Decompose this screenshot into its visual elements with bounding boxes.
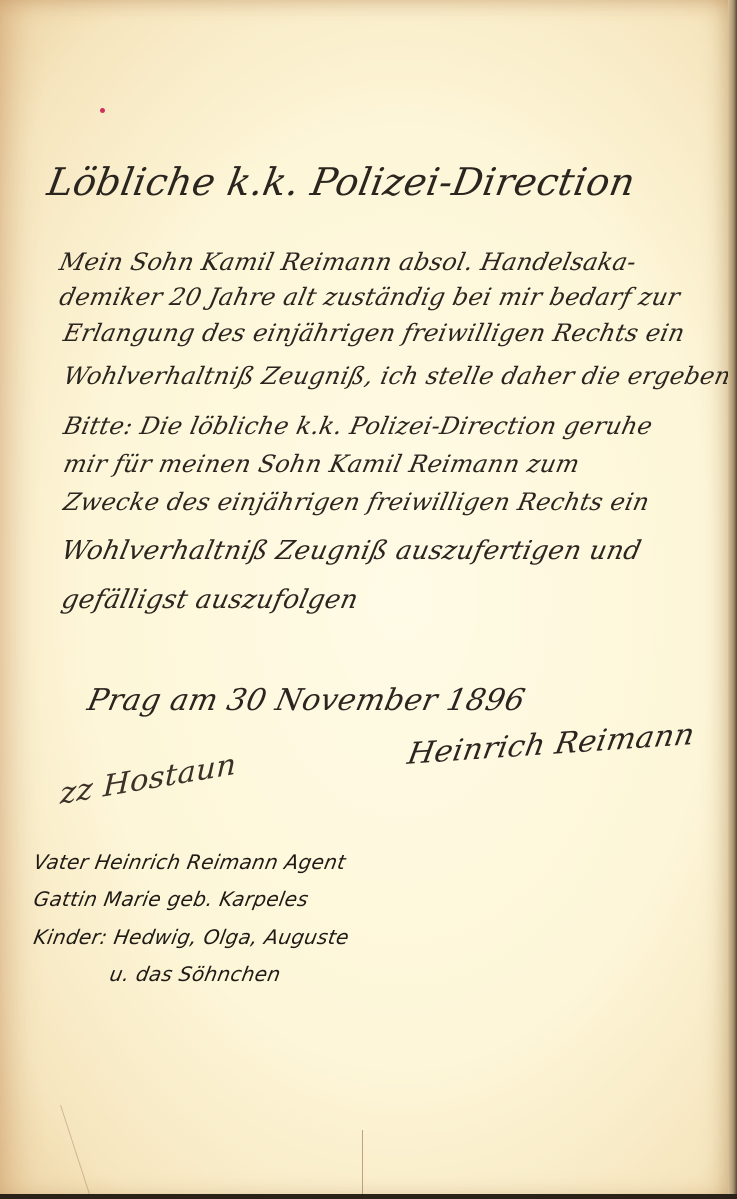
page-right-edge — [728, 0, 737, 1199]
signature: Heinrich Reimann — [405, 717, 698, 772]
red-ink-mark — [100, 108, 105, 113]
annotation-line-1: Vater Heinrich Reimann Agent — [32, 850, 348, 874]
place-and-date: Prag am 30 November 1896 — [84, 683, 528, 718]
annotation-line-3: Kinder: Hedwig, Olga, Auguste — [32, 925, 351, 949]
body-line-8: Wohlverhaltniß Zeugniß auszufertigen und — [59, 536, 644, 566]
official-note: zz Hostaun — [60, 747, 237, 811]
body-line-1: Mein Sohn Kamil Reimann absol. Handelsak… — [57, 248, 639, 276]
body-line-7: Zwecke des einjährigen freiwilligen Rech… — [61, 488, 652, 516]
annotation-line-4: u. das Söhnchen — [108, 962, 283, 986]
body-line-9: gefälligst auszufolgen — [59, 585, 361, 615]
document-page: Löbliche k.k. Polizei-Direction Mein Soh… — [0, 0, 730, 1195]
letter-heading: Löbliche k.k. Polizei-Direction — [44, 160, 638, 204]
body-line-2: demiker 20 Jahre alt zuständig bei mir b… — [57, 283, 683, 311]
page-bottom-edge — [0, 1194, 737, 1199]
annotation-line-2: Gattin Marie geb. Karpeles — [32, 887, 311, 911]
body-line-3: Erlangung des einjährigen freiwilligen R… — [61, 319, 687, 347]
paper-fold-crease — [362, 1130, 363, 1196]
body-line-5: Bitte: Die löbliche k.k. Polizei-Directi… — [61, 412, 655, 440]
paper-crack — [0, 1105, 90, 1195]
body-line-4: Wohlverhaltniß Zeugniß, ich stelle daher… — [61, 362, 737, 390]
body-line-6: mir für meinen Sohn Kamil Reimann zum — [61, 450, 582, 478]
